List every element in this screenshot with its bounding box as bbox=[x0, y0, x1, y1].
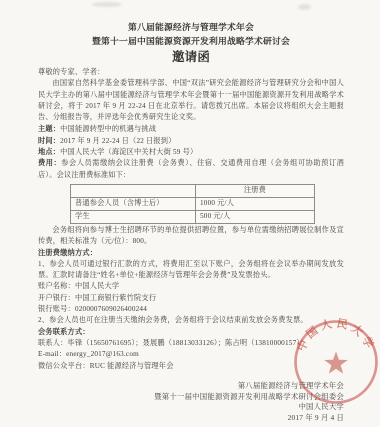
fee-amount-cell: 1000 元/人 bbox=[196, 197, 315, 210]
signature-line-1: 第八届能源经济与管理学术年会 bbox=[38, 381, 344, 392]
document-type-heading: 邀请函 bbox=[38, 50, 344, 65]
info-fee-label: 费用： bbox=[38, 159, 61, 167]
account-name-line: 账户名称：中国人民大学 bbox=[38, 281, 344, 292]
fee-table-header-row: 注册费 bbox=[71, 184, 315, 197]
info-theme: 主题：中国能源转型中的机遇与挑战 bbox=[38, 124, 344, 135]
scan-artifact bbox=[92, 2, 122, 7]
payment-item-2: 2、参会人员也可在注册当天缴纳会务费，会务组将于会议结束前发放会务费发票。 bbox=[38, 315, 344, 326]
info-time-label: 时间： bbox=[38, 137, 60, 145]
contact-wechat-line: 微信公众平台：RUC 能源经济与管理年会 bbox=[38, 361, 344, 372]
contact-heading: 会务联系方式： bbox=[38, 327, 344, 338]
intro-paragraph: 由国家自然科学基金委管理科学部、中国“双法”研究会能源经济与管理研究分会和中国人… bbox=[38, 78, 344, 123]
signature-date: 2017 年 9 月 4 日 bbox=[38, 413, 344, 424]
info-theme-value: 中国能源转型中的机遇与挑战 bbox=[60, 125, 156, 133]
meeting-info-block: 主题：中国能源转型中的机遇与挑战 时间：2017 年 9 月 22-24 日（2… bbox=[38, 124, 344, 180]
signature-block: 第八届能源经济与管理学术年会 暨第十一届中国能源资源开发利用战略学术研讨会组委会… bbox=[38, 381, 344, 424]
info-location-label: 地点： bbox=[38, 148, 60, 156]
scan-artifact bbox=[298, 4, 311, 10]
info-fee-value: 参会人员需缴纳会议注册费（会务费）、住宿、交通费用自理（会务组可协助预订酒店）。… bbox=[38, 159, 344, 178]
fee-header-blank-cell bbox=[71, 184, 196, 197]
conference-title-line1: 第八届能源经济与管理学术年会 bbox=[38, 20, 344, 34]
salutation: 尊敬的专家、学者： bbox=[38, 67, 344, 78]
info-theme-label: 主题： bbox=[38, 125, 60, 133]
fee-amount-cell: 500 元/人 bbox=[196, 210, 315, 223]
account-number-line: 银行账号：0200007609026400244 bbox=[38, 304, 344, 315]
info-time: 时间：2017 年 9 月 22-24 日（22 日报到） bbox=[38, 136, 344, 147]
table-row: 学生 500 元/人 bbox=[71, 210, 315, 223]
registration-fee-table: 注册费 普通参会人员（含博士后） 1000 元/人 学生 500 元/人 bbox=[70, 184, 315, 224]
payment-item-1: 1、参会人员可通过银行汇款的方式，将费用汇至以下账户，会务组将在会议举办期间发放… bbox=[38, 259, 344, 282]
info-time-value: 2017 年 9 月 22-24 日（22 日报到） bbox=[60, 137, 175, 145]
fee-category-cell: 普通参会人员（含博士后） bbox=[71, 197, 196, 210]
payment-heading: 注册费缴纳方式： bbox=[38, 248, 344, 259]
info-fee: 费用：参会人员需缴纳会议注册费（会务费）、住宿、交通费用自理（会务组可协助预订酒… bbox=[38, 158, 344, 181]
conference-title-line2: 暨第十一届中国能源资源开发利用战略学术研讨会 bbox=[38, 34, 344, 48]
booth-note-paragraph: 会务组将向参与博士生招聘环节的单位提供招聘位置，参与单位需缴纳招聘展位制作及宣传… bbox=[38, 225, 344, 248]
bank-line: 开户银行：中国工商银行紫竹院支行 bbox=[38, 293, 344, 304]
contact-email-line: E-mail：energy_2017@163.com bbox=[38, 349, 344, 360]
table-row: 普通参会人员（含博士后） 1000 元/人 bbox=[71, 197, 315, 210]
fee-category-cell: 学生 bbox=[71, 210, 196, 223]
signature-line-3: 中国人民大学 bbox=[38, 402, 344, 413]
info-location: 地点：中国人民大学（海淀区中关村大街 59 号） bbox=[38, 147, 344, 158]
signature-line-2: 暨第十一届中国能源资源开发利用战略学术研讨会组委会 bbox=[38, 392, 344, 403]
fee-header-cell: 注册费 bbox=[196, 184, 315, 197]
info-location-value: 中国人民大学（海淀区中关村大街 59 号） bbox=[60, 148, 197, 156]
contact-persons-line: 联系人：毕锋（15650761695）；聂展鹏（18813033126）；陈占明… bbox=[38, 338, 344, 349]
invitation-document: 第八届能源经济与管理学术年会 暨第十一届中国能源资源开发利用战略学术研讨会 邀请… bbox=[0, 0, 380, 427]
